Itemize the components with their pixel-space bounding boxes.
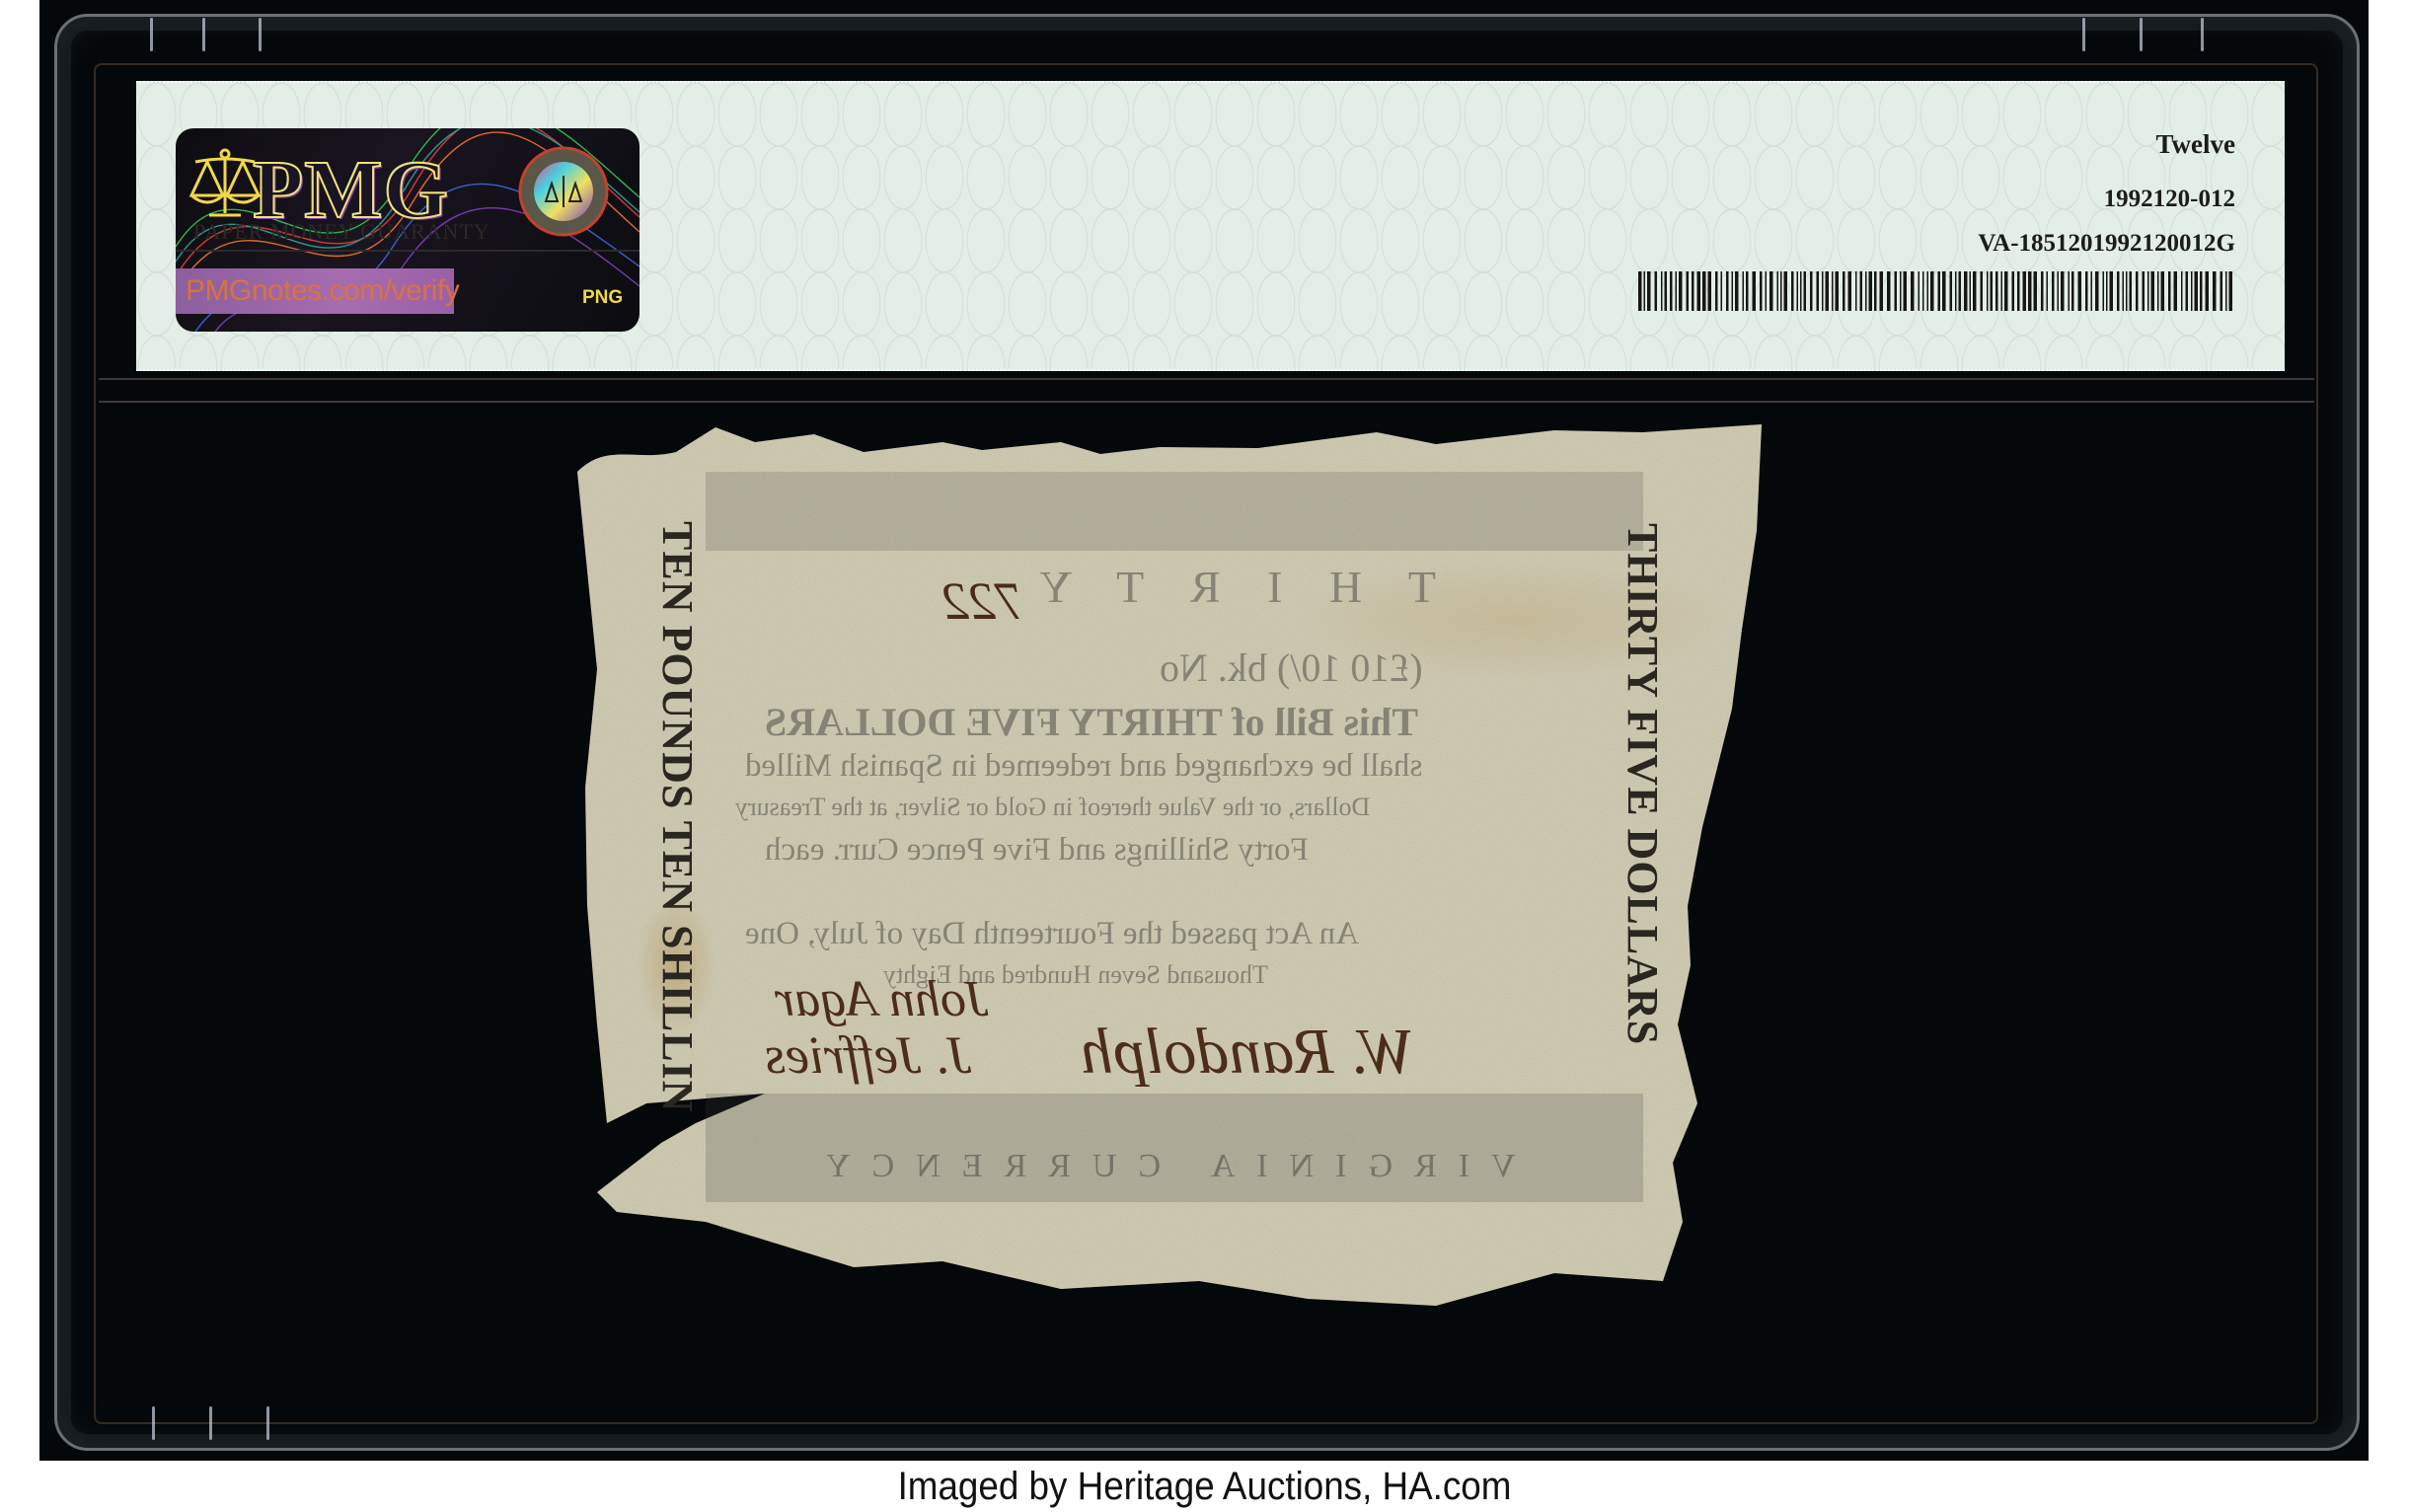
hologram-tagline: PAPER MONEY GUARANTY (193, 219, 490, 245)
pmg-hologram: PMG PAPER MONEY GUARANTY PMGnotes.com/ve… (176, 128, 640, 332)
bleed-line: Forty Shillings and Five Pence Curr. eac… (765, 832, 1309, 869)
holder-rib (2140, 18, 2143, 51)
bleed-line: shall be exchanged and redeemed in Spani… (745, 748, 1422, 785)
signature: W. Randolph (1081, 1015, 1415, 1090)
holder-rib (202, 18, 205, 51)
bleed-title: T H I R T Y (1021, 561, 1436, 613)
holographic-seal-icon (516, 144, 611, 239)
barcode-icon (1638, 271, 2235, 311)
holder-rib (259, 18, 262, 51)
holder-seam (99, 378, 2314, 380)
holder-seam (99, 401, 2314, 403)
right-border-text: THIRTY FIVE DOLLARS (1618, 523, 1668, 1045)
hologram-code: PNG (582, 287, 623, 309)
signature: John Agar (775, 970, 989, 1028)
verify-url: PMGnotes.com/verify (186, 274, 459, 308)
holder-rib (2201, 18, 2204, 51)
bleed-denomination-line: (£10 10/) bk. No (1160, 644, 1423, 691)
holder-rib (150, 18, 153, 51)
holder-rib (266, 1406, 269, 1440)
cert-number: 1992120-012 (2104, 186, 2235, 213)
image-credit: Imaged by Heritage Auctions, HA.com (97, 1465, 2313, 1509)
catalog-code: VA-1851201992120012G (1978, 230, 2235, 258)
holder-rib (209, 1406, 212, 1440)
signature: J. Jeffries (765, 1024, 972, 1086)
bleed-line: Dollars, or the Value thereof in Gold or… (735, 793, 1370, 822)
grade-text: Twelve (2156, 129, 2235, 160)
bleed-line: This Bill of THIRTY FIVE DOLLARS (765, 699, 1418, 745)
bleed-line: An Act passed the Fourteenth Day of July… (745, 916, 1359, 952)
bleed-footer: VIRGINIA CURRENCY (804, 1148, 1516, 1185)
holder-rib (152, 1406, 155, 1440)
holder-rib (2082, 18, 2085, 51)
left-border-text: TEN POUNDS TEN SHILLIN (652, 521, 703, 1112)
handwritten-serial: 722 (942, 570, 1022, 632)
